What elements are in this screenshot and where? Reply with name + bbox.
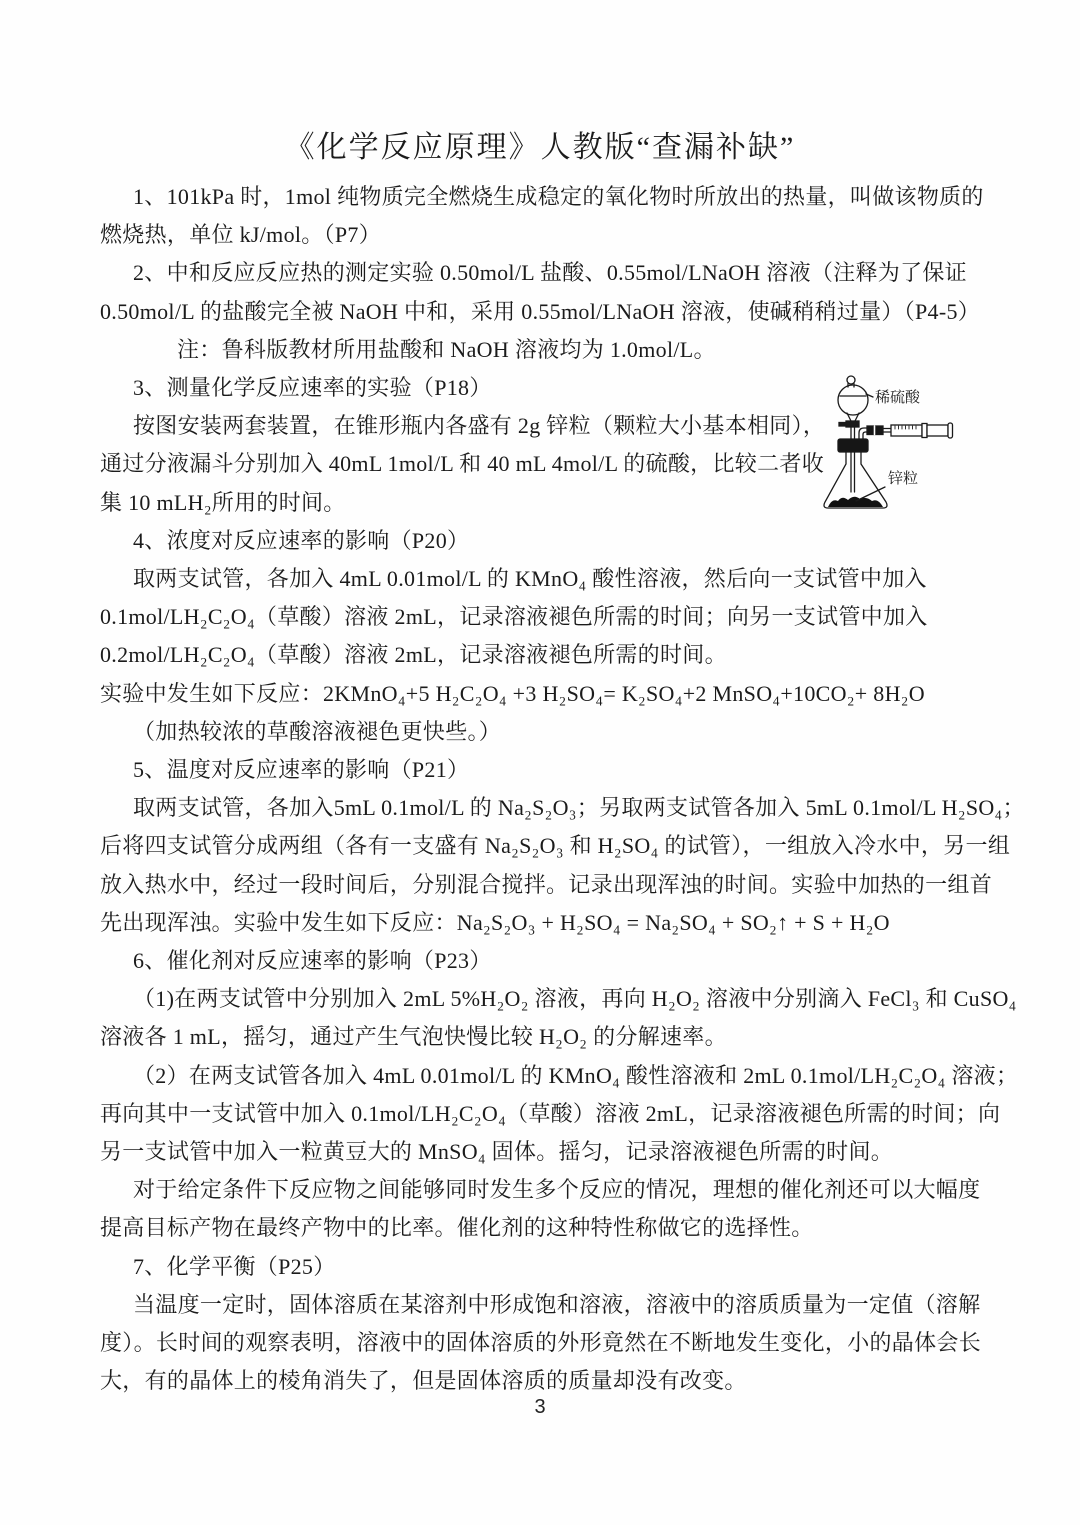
text-line: 另一支试管中加入一粒黄豆大的 MnSO₄ 固体。摇匀，记录溶液褪色所需的时间。: [100, 1133, 1000, 1171]
text-line: （2）在两支试管各加入 4mL 0.01mol/L 的 KMnO₄ 酸性溶液和 …: [100, 1057, 1000, 1095]
section-heading: 7、化学平衡（P25）: [100, 1248, 1000, 1286]
text-line: 对于给定条件下反应物之间能够同时发生多个反应的情况，理想的催化剂还可以大幅度: [100, 1171, 1000, 1209]
text-line: 1、101kPa 时，1mol 纯物质完全燃烧生成稳定的氧化物时所放出的热量，叫…: [100, 178, 1000, 216]
text-line: 度）。长时间的观察表明，溶液中的固体溶质的外形竟然在不断地发生变化，小的晶体会长: [100, 1324, 1000, 1362]
text-line: 大，有的晶体上的棱角消失了，但是固体溶质的质量却没有改变。: [100, 1362, 1000, 1400]
rubber-stopper: [838, 439, 868, 452]
delivery-tube: [859, 426, 891, 440]
text-line: 0.1mol/LH₂C₂O₄（草酸）溶液 2mL，记录溶液褪色所需的时间；向另一…: [100, 598, 1000, 636]
text-line: 后将四支试管分成两组（各有一支盛有 Na₂S₂O₃ 和 H₂SO₄ 的试管），一…: [100, 827, 1000, 865]
equation-line: 先出现浑浊。实验中发生如下反应：Na₂S₂O₃ + H₂SO₄ = Na₂SO₄…: [100, 904, 1000, 942]
zinc-label: 锌粒: [888, 470, 918, 487]
text-line: 0.2mol/LH₂C₂O₄（草酸）溶液 2mL，记录溶液褪色所需的时间。: [100, 636, 1000, 674]
document-page: 《化学反应原理》人教版“查漏补缺” 1、101kPa 时，1mol 纯物质完全燃…: [0, 0, 1080, 1525]
text-line: 溶液各 1 mL，摇匀，通过产生气泡快慢比较 H₂O₂ 的分解速率。: [100, 1018, 1000, 1056]
zinc-granules: [828, 497, 883, 507]
text-line: 提高目标产物在最终产物中的比率。催化剂的这种特性称做它的选择性。: [100, 1209, 1000, 1247]
section-heading: 6、催化剂对反应速率的影响（P23）: [100, 942, 1000, 980]
text-line: 0.50mol/L 的盐酸完全被 NaOH 中和，采用 0.55mol/LNaO…: [100, 293, 1000, 331]
text-line: 放入热水中，经过一段时间后，分别混合搅拌。记录出现浑浊的时间。实验中加热的一组首: [100, 866, 1000, 904]
note-line: 注：鲁科版教材所用盐酸和 NaOH 溶液均为 1.0mol/L。: [100, 331, 1000, 369]
experiment-apparatus-figure: 稀硫酸 锌粒: [806, 370, 1062, 540]
text-line: 取两支试管，各加入5mL 0.1mol/L 的 Na₂S₂O₃；另取两支试管各加…: [100, 789, 1000, 827]
text-line: 2、中和反应反应热的测定实验 0.50mol/L 盐酸、0.55mol/LNaO…: [100, 254, 1000, 292]
gas-syringe: [891, 423, 953, 438]
text-line: 再向其中一支试管中加入 0.1mol/LH₂C₂O₄（草酸）溶液 2mL，记录溶…: [100, 1095, 1000, 1133]
text-line: 取两支试管，各加入 4mL 0.01mol/L 的 KMnO₄ 酸性溶液，然后向…: [100, 560, 1000, 598]
acid-label: 稀硫酸: [875, 389, 921, 406]
section-heading: 5、温度对反应速率的影响（P21）: [100, 751, 1000, 789]
text-line: 当温度一定时，固体溶质在某溶剂中形成饱和溶液，溶液中的溶质质量为一定值（溶解: [100, 1286, 1000, 1324]
text-line: （1)在两支试管中分别加入 2mL 5%H₂O₂ 溶液，再向 H₂O₂ 溶液中分…: [100, 980, 1000, 1018]
text-line: （加热较浓的草酸溶液褪色更快些。）: [100, 713, 1000, 751]
text-line: 燃烧热，单位 kJ/mol。（P7）: [100, 216, 1000, 254]
page-number: 3: [0, 1396, 1080, 1419]
document-body: 1、101kPa 时，1mol 纯物质完全燃烧生成稳定的氧化物时所放出的热量，叫…: [100, 178, 1000, 1401]
page-title: 《化学反应原理》人教版“查漏补缺”: [0, 130, 1080, 166]
equation-line: 实验中发生如下反应：2KMnO₄+5 H₂C₂O₄ +3 H₂SO₄= K₂SO…: [100, 675, 1000, 713]
